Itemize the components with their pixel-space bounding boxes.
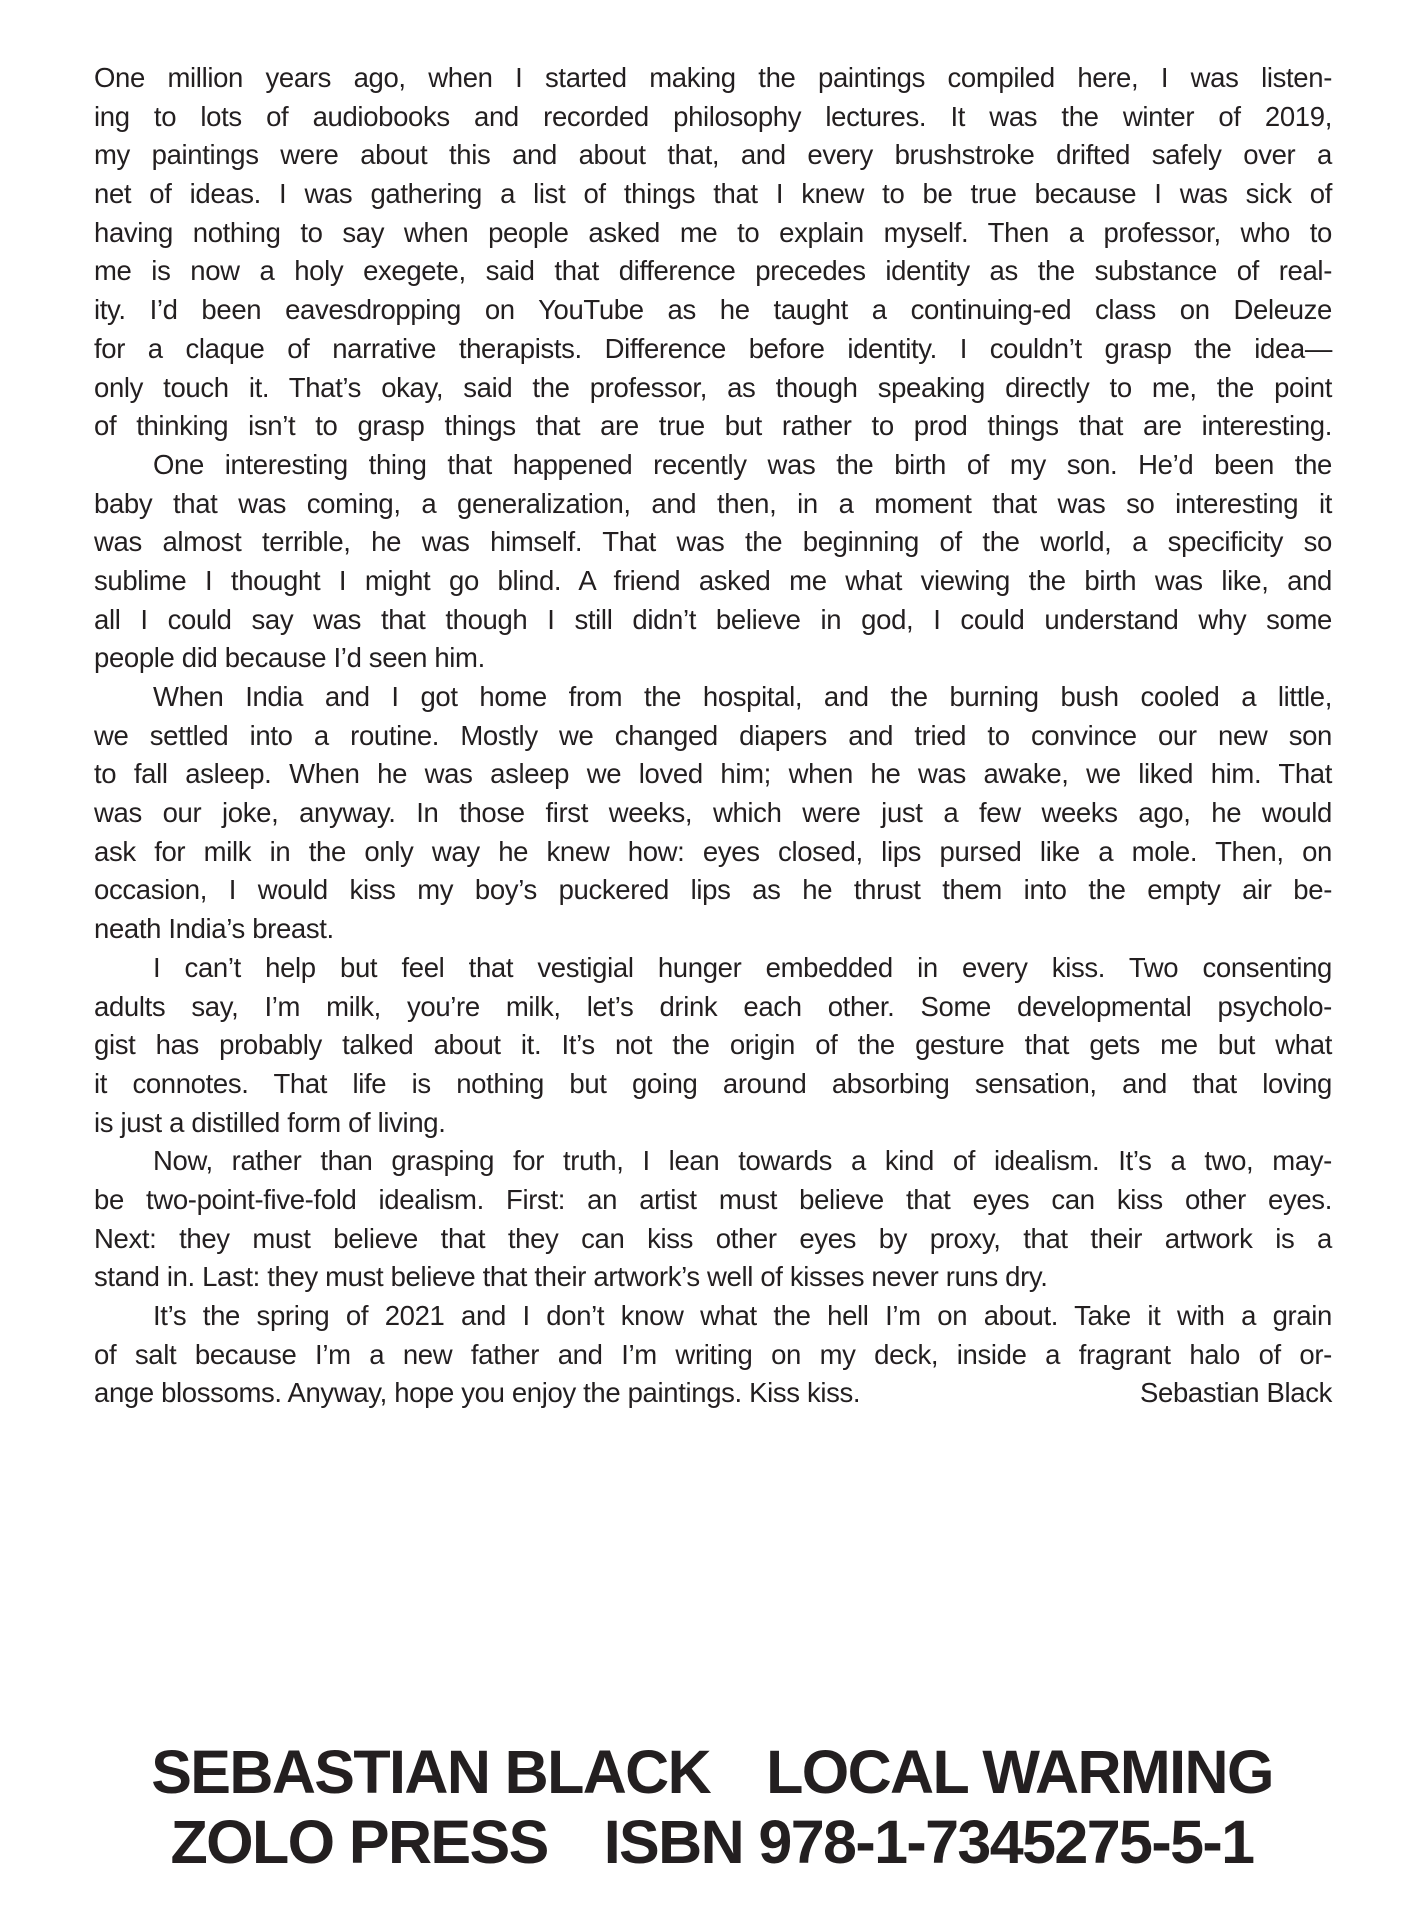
text-line: I can’t help but feel that vestigial hun… <box>94 949 1332 988</box>
text-line: gist has probably talked about it. It’s … <box>94 1026 1332 1065</box>
text-line: my paintings were about this and about t… <box>94 136 1332 175</box>
text-line: of thinking isn’t to grasp things that a… <box>94 407 1332 446</box>
text-line: me is now a holy exegete, said that diff… <box>94 252 1332 291</box>
text-line: sublime I thought I might go blind. A fr… <box>94 562 1332 601</box>
text-line: people did because I’d seen him. <box>94 639 1332 678</box>
text-line: neath India’s breast. <box>94 910 1332 949</box>
text-line: ity. I’d been eavesdropping on YouTube a… <box>94 291 1332 330</box>
text-line: Now, rather than grasping for truth, I l… <box>94 1142 1332 1181</box>
text-line: for a claque of narrative therapists. Di… <box>94 330 1332 369</box>
paragraph-6: It’s the spring of 2021 and I don’t know… <box>94 1297 1332 1413</box>
text-line: it connotes. That life is nothing but go… <box>94 1065 1332 1104</box>
colophon-title: LOCAL WARMING <box>766 1738 1273 1806</box>
text-line: baby that was coming, a generalization, … <box>94 485 1332 524</box>
text-line: ing to lots of audiobooks and recorded p… <box>94 98 1332 137</box>
colophon-publisher: ZOLO PRESS <box>171 1808 548 1876</box>
text-line: It’s the spring of 2021 and I don’t know… <box>94 1297 1332 1336</box>
colophon-row-2: ZOLO PRESSISBN 978-1-7345275-5-1 <box>0 1807 1424 1877</box>
text-line: all I could say was that though I still … <box>94 601 1332 640</box>
essay-body: One million years ago, when I started ma… <box>94 59 1332 1413</box>
text-line: only touch it. That’s okay, said the pro… <box>94 369 1332 408</box>
colophon-isbn: ISBN 978-1-7345275-5-1 <box>604 1808 1254 1876</box>
text-line: stand in. Last: they must believe that t… <box>94 1258 1332 1297</box>
colophon: SEBASTIAN BLACKLOCAL WARMING ZOLO PRESSI… <box>0 1737 1424 1877</box>
text-line: adults say, I’m milk, you’re milk, let’s… <box>94 988 1332 1027</box>
colophon-author: SEBASTIAN BLACK <box>151 1738 710 1806</box>
author-signature: Sebastian Black <box>1140 1374 1332 1413</box>
paragraph-1: One million years ago, when I started ma… <box>94 59 1332 446</box>
text-line: to fall asleep. When he was asleep we lo… <box>94 755 1332 794</box>
paragraph-4: I can’t help but feel that vestigial hun… <box>94 949 1332 1142</box>
text-line: One million years ago, when I started ma… <box>94 59 1332 98</box>
closing-text: ange blossoms. Anyway, hope you enjoy th… <box>94 1377 860 1408</box>
text-line: ask for milk in the only way he knew how… <box>94 833 1332 872</box>
paragraph-3: When India and I got home from the hospi… <box>94 678 1332 949</box>
colophon-row-1: SEBASTIAN BLACKLOCAL WARMING <box>0 1737 1424 1807</box>
text-line: net of ideas. I was gathering a list of … <box>94 175 1332 214</box>
text-line: having nothing to say when people asked … <box>94 214 1332 253</box>
text-line: of salt because I’m a new father and I’m… <box>94 1336 1332 1375</box>
paragraph-2: One interesting thing that happened rece… <box>94 446 1332 678</box>
text-line-final: ange blossoms. Anyway, hope you enjoy th… <box>94 1374 1332 1413</box>
text-line: When India and I got home from the hospi… <box>94 678 1332 717</box>
text-line: One interesting thing that happened rece… <box>94 446 1332 485</box>
text-line: was our joke, anyway. In those first wee… <box>94 794 1332 833</box>
paragraph-5: Now, rather than grasping for truth, I l… <box>94 1142 1332 1297</box>
text-line: we settled into a routine. Mostly we cha… <box>94 717 1332 756</box>
text-line: occasion, I would kiss my boy’s puckered… <box>94 871 1332 910</box>
text-line: is just a distilled form of living. <box>94 1104 1332 1143</box>
text-line: Next: they must believe that they can ki… <box>94 1220 1332 1259</box>
text-line: was almost terrible, he was himself. Tha… <box>94 523 1332 562</box>
text-line: be two-point-five-fold idealism. First: … <box>94 1181 1332 1220</box>
